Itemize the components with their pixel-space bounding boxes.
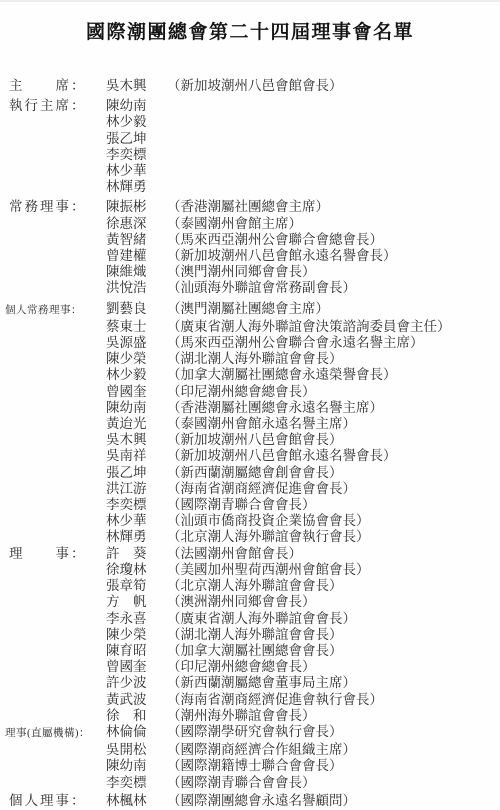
- member-name: 張乙坤: [106, 465, 167, 481]
- member-name: 徐 和: [106, 708, 167, 724]
- member-name: 蔡東士: [106, 319, 167, 335]
- member-name: 林少毅: [106, 114, 167, 130]
- roster-row: 徐惠深（泰國潮州會館主席）: [0, 216, 500, 232]
- member-name: 吳開松: [106, 742, 167, 758]
- roster-row: 陳幼南（國際潮籍博士聯合會會長）: [0, 758, 500, 774]
- roster-list: 主 席：吳木興（新加坡潮州八邑會館會長）執行主席：陳幼南林少毅張乙坤李奕標林少華…: [0, 78, 500, 809]
- member-org: （國際潮團總會永遠名譽顧問）: [167, 793, 500, 809]
- member-name: 許少波: [106, 675, 167, 691]
- member-name: 陳幼南: [106, 98, 167, 114]
- member-org: （廣東省潮人海外聯誼會會長）: [167, 611, 500, 627]
- member-org: （新加坡潮州八邑會館會長）: [167, 78, 500, 94]
- member-name: 徐瓊林: [106, 562, 167, 578]
- member-name: 吳木興: [106, 432, 167, 448]
- member-org: （海南省潮商經濟促進會會長）: [167, 481, 500, 497]
- role-label: 常務理事：: [0, 199, 106, 215]
- roster-row: 黃迨光（泰國潮州會館永遠名譽主席）: [0, 416, 500, 432]
- member-org: （澳門潮屬社團總會主席）: [167, 301, 500, 317]
- member-name: 黃智緒: [106, 232, 167, 248]
- roster-row: 洪悅浩（汕頭海外聯誼會常務副會長）: [0, 280, 500, 296]
- roster-row: 黃智緒（馬來西亞潮州公會聯合會總會長）: [0, 232, 500, 248]
- member-org: （潮州海外聯誼會會長）: [167, 708, 500, 724]
- member-org: （湖北潮人海外聯誼會會長）: [167, 627, 500, 643]
- roster-section: 常務理事：陳振彬（香港潮屬社團總會主席）徐惠深（泰國潮州會館主席）黃智緒（馬來西…: [0, 199, 500, 296]
- roster-row: 陳幼南（香港潮屬社團總會永遠名譽主席）: [0, 400, 500, 416]
- roster-row: 曾建權（新加坡潮州八邑會館永遠名譽會長）: [0, 248, 500, 264]
- member-name: 曾建權: [106, 248, 167, 264]
- roster-row: 蔡東士（廣東省潮人海外聯誼會決策諮詢委員會主任）: [0, 319, 500, 335]
- member-org: （新加坡潮州八邑會館會長）: [167, 432, 500, 448]
- member-name: 陳少榮: [106, 351, 167, 367]
- member-org: （香港潮屬社團總會永遠名譽主席）: [167, 400, 500, 416]
- member-org: （湖北潮人海外聯誼會會長）: [167, 351, 500, 367]
- member-name: 洪江游: [106, 481, 167, 497]
- member-org: （泰國潮州會館主席）: [167, 216, 500, 232]
- member-org: （汕頭市僑商投資企業協會會長）: [167, 513, 500, 529]
- member-org: （國際潮籍博士聯合會會長）: [167, 758, 500, 774]
- roster-row: 林少毅（加拿大潮屬社團總會永遠榮譽會長）: [0, 367, 500, 383]
- member-org: （法國潮州會館會長）: [167, 546, 500, 562]
- role-label: 個人理事：: [0, 793, 106, 809]
- roster-row: 徐瓊林（美國加州聖荷西潮州會館會長）: [0, 562, 500, 578]
- member-org: （廣東省潮人海外聯誼會決策諮詢委員會主任）: [167, 319, 500, 335]
- roster-row: 李永喜（廣東省潮人海外聯誼會會長）: [0, 611, 500, 627]
- member-org: （國際潮商經濟合作組織主席）: [167, 742, 500, 758]
- member-name: 林少華: [106, 513, 167, 529]
- roster-row: 陳育昭（加拿大潮屬社團總會會長）: [0, 643, 500, 659]
- member-name: 陳育昭: [106, 643, 167, 659]
- roster-section: 主 席：吳木興（新加坡潮州八邑會館會長）: [0, 78, 500, 94]
- role-label: 主 席：: [0, 78, 106, 94]
- member-org: （香港潮屬社團總會主席）: [167, 199, 500, 215]
- member-name: 徐惠深: [106, 216, 167, 232]
- page-title: 國際潮團總會第二十四屆理事會名單: [0, 18, 500, 48]
- member-org: （國際潮青聯合會會長）: [167, 775, 500, 791]
- member-name: 李奕標: [106, 775, 167, 791]
- roster-row: 張乙坤: [0, 131, 500, 147]
- member-org: （北京潮人海外聯誼會會長）: [167, 578, 500, 594]
- member-name: 李奕標: [106, 497, 167, 513]
- member-org: （美國加州聖荷西潮州會館會長）: [167, 562, 500, 578]
- member-org: （泰國潮州會館永遠名譽主席）: [167, 416, 500, 432]
- roster-row: 李奕標: [0, 147, 500, 163]
- roster-row: 林輝勇（北京潮人海外聯誼會執行會長）: [0, 529, 500, 545]
- role-label: 執行主席：: [0, 98, 106, 114]
- member-name: 吳南祥: [106, 448, 167, 464]
- roster-row: 理事(直屬機構)：林倫倫（國際潮學研究會執行會長）: [0, 724, 500, 742]
- role-label: 個人常務理事：: [0, 303, 106, 319]
- member-org: （新西蘭潮屬總會創會會長）: [167, 465, 500, 481]
- member-name: 林輝勇: [106, 529, 167, 545]
- roster-row: 曾國奎（印尼潮州總會總會長）: [0, 384, 500, 400]
- role-label: 理 事：: [0, 546, 106, 562]
- member-name: 方 帆: [106, 594, 167, 610]
- roster-row: 李奕標（國際潮青聯合會會長）: [0, 775, 500, 791]
- document-page: 國際潮團總會第二十四屆理事會名單 主 席：吳木興（新加坡潮州八邑會館會長）執行主…: [0, 2, 500, 810]
- member-name: 劉藝良: [106, 301, 167, 317]
- member-org: （國際潮青聯合會會長）: [167, 497, 500, 513]
- member-org: （新加坡潮州八邑會館永遠名譽會長）: [167, 448, 500, 464]
- roster-row: 吳木興（新加坡潮州八邑會館會長）: [0, 432, 500, 448]
- roster-row: 吳開松（國際潮商經濟合作組織主席）: [0, 742, 500, 758]
- roster-row: 許少波（新西蘭潮屬總會董事局主席）: [0, 675, 500, 691]
- roster-row: 張乙坤（新西蘭潮屬總會創會會長）: [0, 465, 500, 481]
- member-org: （印尼潮州總會總會長）: [167, 384, 500, 400]
- member-org: （新西蘭潮屬總會董事局主席）: [167, 675, 500, 691]
- member-name: 曾國奎: [106, 384, 167, 400]
- role-label: 理事(直屬機構)：: [0, 726, 106, 742]
- member-name: 許 葵: [106, 546, 167, 562]
- member-name: 林楓林: [106, 793, 167, 809]
- roster-section: 理事(直屬機構)：林倫倫（國際潮學研究會執行會長）吳開松（國際潮商經濟合作組織主…: [0, 724, 500, 791]
- roster-row: 林輝勇: [0, 179, 500, 195]
- roster-row: 陳少榮（湖北潮人海外聯誼會會長）: [0, 351, 500, 367]
- member-name: 林少華: [106, 163, 167, 179]
- member-org: （印尼潮州總會總會長）: [167, 659, 500, 675]
- roster-section: 執行主席：陳幼南林少毅張乙坤李奕標林少華林輝勇: [0, 98, 500, 195]
- roster-section: 個人常務理事：劉藝良（澳門潮屬社團總會主席）蔡東士（廣東省潮人海外聯誼會決策諮詢…: [0, 301, 500, 546]
- roster-section: 理 事：許 葵（法國潮州會館會長）徐瓊林（美國加州聖荷西潮州會館會長）張章筍（北…: [0, 546, 500, 724]
- roster-row: 林少華（汕頭市僑商投資企業協會會長）: [0, 513, 500, 529]
- member-org: （海南省潮商經濟促進會執行會長）: [167, 692, 500, 708]
- member-org: （新加坡潮州八邑會館永遠名譽會長）: [167, 248, 500, 264]
- roster-row: 林少華: [0, 163, 500, 179]
- roster-row: 張章筍（北京潮人海外聯誼會會長）: [0, 578, 500, 594]
- member-name: 黃武波: [106, 692, 167, 708]
- roster-row: 陳維熾（澳門潮州同鄉會會長）: [0, 264, 500, 280]
- member-name: 洪悅浩: [106, 280, 167, 296]
- roster-row: 主 席：吳木興（新加坡潮州八邑會館會長）: [0, 78, 500, 94]
- roster-row: 黃武波（海南省潮商經濟促進會執行會長）: [0, 692, 500, 708]
- member-name: 林少毅: [106, 367, 167, 383]
- roster-row: 個人理事：林楓林（國際潮團總會永遠名譽顧問）: [0, 793, 500, 809]
- member-org: （馬來西亞潮州公會聯合會永遠名譽主席）: [167, 335, 500, 351]
- member-org: （加拿大潮屬社團總會會長）: [167, 643, 500, 659]
- roster-row: 林少毅: [0, 114, 500, 130]
- member-name: 林倫倫: [106, 724, 167, 740]
- member-org: （加拿大潮屬社團總會永遠榮譽會長）: [167, 367, 500, 383]
- member-org: （汕頭海外聯誼會常務副會長）: [167, 280, 500, 296]
- member-name: 吳木興: [106, 78, 167, 94]
- roster-row: 執行主席：陳幼南: [0, 98, 500, 114]
- member-org: （北京潮人海外聯誼會執行會長）: [167, 529, 500, 545]
- roster-row: 曾國奎（印尼潮州總會總會長）: [0, 659, 500, 675]
- roster-row: 吳南祥（新加坡潮州八邑會館永遠名譽會長）: [0, 448, 500, 464]
- member-name: 陳幼南: [106, 400, 167, 416]
- member-name: 陳振彬: [106, 199, 167, 215]
- member-org: （澳洲潮州同鄉會會長）: [167, 594, 500, 610]
- roster-row: 方 帆（澳洲潮州同鄉會會長）: [0, 594, 500, 610]
- member-name: 李永喜: [106, 611, 167, 627]
- member-name: 陳維熾: [106, 264, 167, 280]
- member-name: 張章筍: [106, 578, 167, 594]
- member-name: 陳少榮: [106, 627, 167, 643]
- member-name: 林輝勇: [106, 179, 167, 195]
- member-org: （國際潮學研究會執行會長）: [167, 724, 500, 740]
- roster-section: 個人理事：林楓林（國際潮團總會永遠名譽顧問）: [0, 793, 500, 809]
- member-name: 黃迨光: [106, 416, 167, 432]
- roster-row: 理 事：許 葵（法國潮州會館會長）: [0, 546, 500, 562]
- member-name: 張乙坤: [106, 131, 167, 147]
- roster-row: 陳少榮（湖北潮人海外聯誼會會長）: [0, 627, 500, 643]
- member-name: 李奕標: [106, 147, 167, 163]
- roster-row: 洪江游（海南省潮商經濟促進會會長）: [0, 481, 500, 497]
- roster-row: 常務理事：陳振彬（香港潮屬社團總會主席）: [0, 199, 500, 215]
- roster-row: 吳源盛（馬來西亞潮州公會聯合會永遠名譽主席）: [0, 335, 500, 351]
- member-org: （馬來西亞潮州公會聯合會總會長）: [167, 232, 500, 248]
- member-org: （澳門潮州同鄉會會長）: [167, 264, 500, 280]
- roster-row: 李奕標（國際潮青聯合會會長）: [0, 497, 500, 513]
- member-name: 陳幼南: [106, 758, 167, 774]
- roster-row: 個人常務理事：劉藝良（澳門潮屬社團總會主席）: [0, 301, 500, 319]
- member-name: 曾國奎: [106, 659, 167, 675]
- roster-row: 徐 和（潮州海外聯誼會會長）: [0, 708, 500, 724]
- member-name: 吳源盛: [106, 335, 167, 351]
